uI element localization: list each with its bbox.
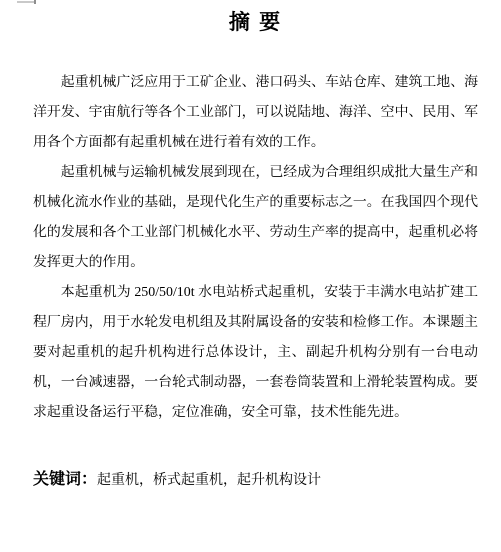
scrollbar-fragment	[17, 1, 35, 3]
scrollbar-fragment-cap	[34, 0, 36, 4]
abstract-paragraph-1: 起重机械广泛应用于工矿企业、港口码头、车站仓库、建筑工地、海洋开发、宇宙航行等各…	[33, 68, 478, 158]
abstract-paragraph-3: 本起重机为 250/50/10t 水电站桥式起重机，安装于丰满水电站扩建工程厂房…	[33, 278, 478, 428]
abstract-paragraph-2: 起重机械与运输机械发展到现在，已经成为合理组织成批大量生产和机械化流水作业的基础…	[33, 158, 478, 278]
abstract-body: 起重机械广泛应用于工矿企业、港口码头、车站仓库、建筑工地、海洋开发、宇宙航行等各…	[33, 68, 478, 428]
keywords-label: 关键词：	[33, 471, 97, 488]
keywords-text: 起重机，桥式起重机，起升机构设计	[97, 473, 321, 488]
abstract-document: 摘 要 起重机械广泛应用于工矿企业、港口码头、车站仓库、建筑工地、海洋开发、宇宙…	[33, 8, 478, 496]
document-page: { "page": { "background_color": "#ffffff…	[0, 0, 501, 552]
keywords-line: 关键词：起重机，桥式起重机，起升机构设计	[33, 465, 478, 496]
page-title: 摘 要	[33, 8, 478, 36]
